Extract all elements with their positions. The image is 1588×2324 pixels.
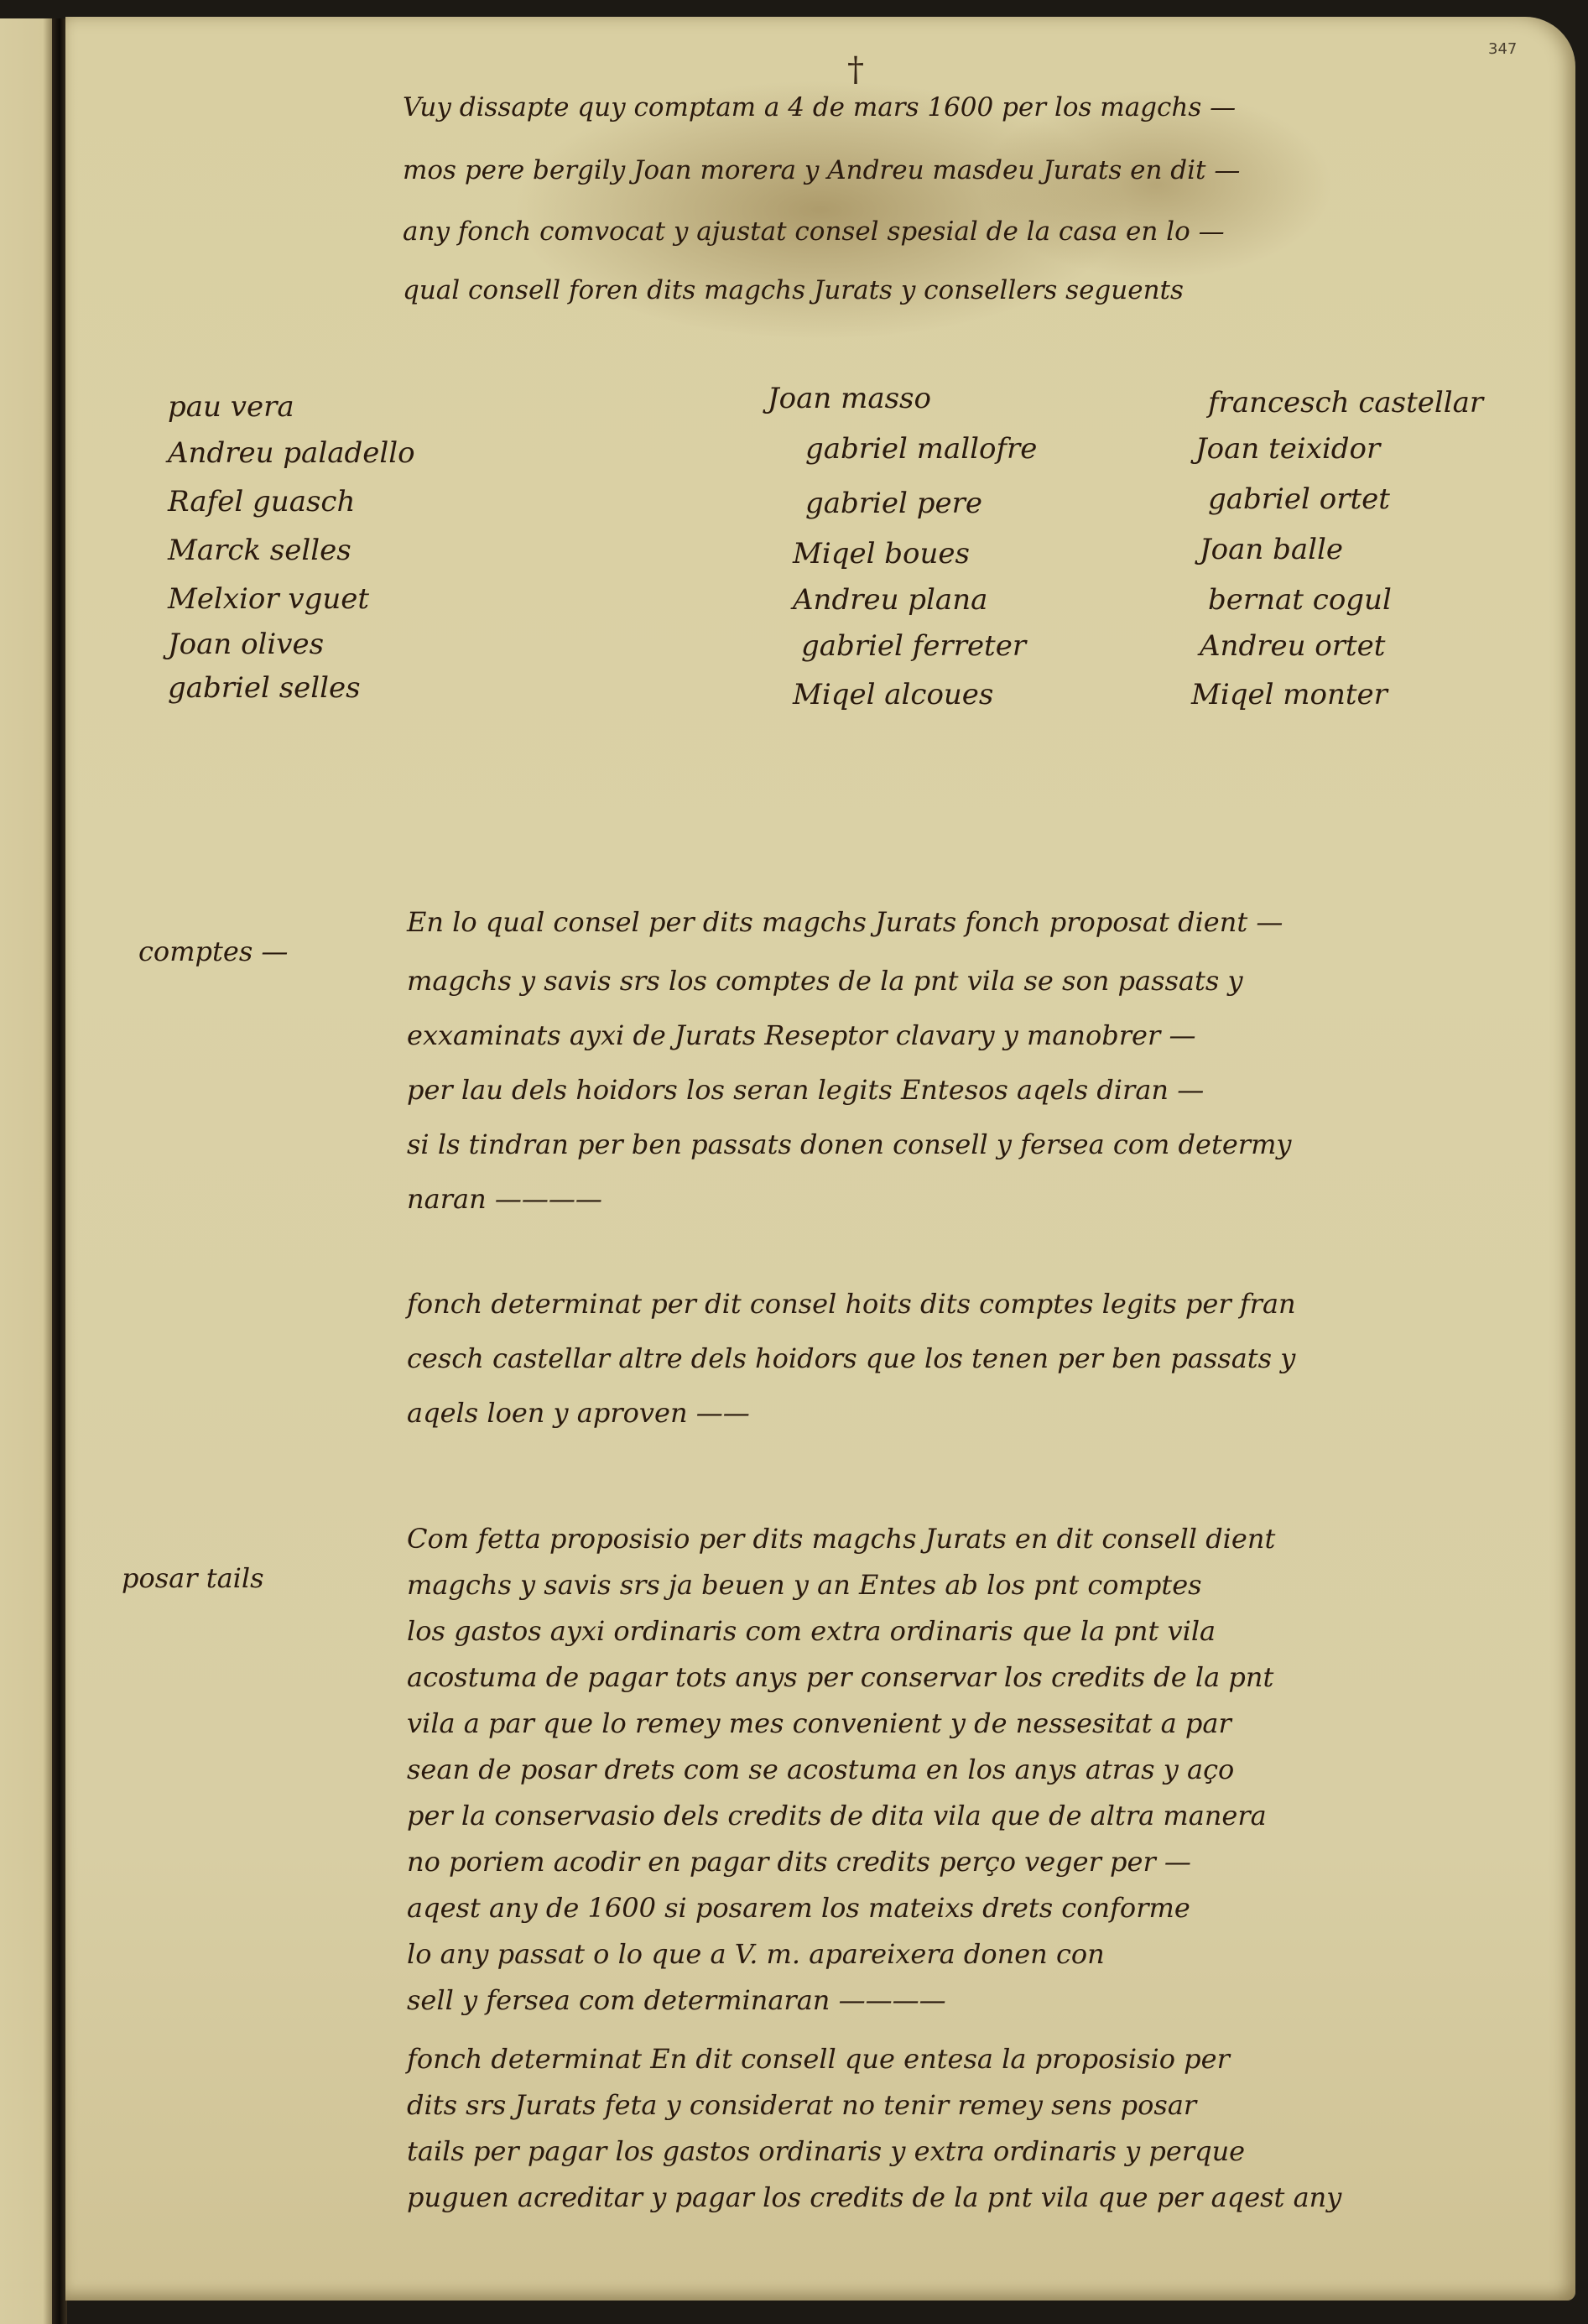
text-line: no poriem acodir en pagar dits credits p… [407, 1846, 1191, 1878]
attendee-name: Joan teixidor [1195, 432, 1380, 466]
text-line: lo any passat o lo que a V. m. apareixer… [407, 1938, 1105, 1970]
attendee-name: gabriel pere [805, 487, 982, 520]
attendee-name: Miqel alcoues [793, 678, 993, 711]
attendee-name: Miqel monter [1191, 678, 1388, 711]
header-line: Vuy dissapte quy comptam a 4 de mars 160… [403, 92, 1236, 122]
text-line: sean de posar drets com se acostuma en l… [407, 1753, 1234, 1785]
text-line: fonch determinat per dit consel hoits di… [407, 1288, 1296, 1320]
text-line: naran ———— [407, 1183, 602, 1215]
attendee-name: Marck selles [168, 534, 351, 567]
text-line: aqest any de 1600 si posarem los mateixs… [407, 1892, 1190, 1924]
attendee-name: Andreu ortet [1200, 629, 1385, 663]
text-line: sell y fersea com determinaran ———— [407, 1984, 946, 2016]
facing-page-edge [0, 18, 54, 2324]
attendee-name: Joan olives [168, 628, 324, 661]
attendee-name: Andreu plana [793, 583, 987, 617]
text-line: magchs y savis srs ja beuen y an Entes a… [407, 1569, 1202, 1601]
margin-note: comptes — [138, 935, 288, 967]
attendee-name: gabriel selles [168, 671, 361, 705]
attendee-name: gabriel ferreter [801, 629, 1026, 663]
attendee-name: pau vera [168, 390, 294, 424]
attendee-name: Andreu paladello [168, 436, 415, 470]
attendee-name: gabriel mallofre [805, 432, 1037, 466]
text-line: fonch determinat En dit consell que ente… [407, 2043, 1230, 2075]
text-line: tails per pagar los gastos ordinaris y e… [407, 2135, 1245, 2167]
text-line: per la conservasio dels credits de dita … [407, 1800, 1267, 1832]
attendee-name: bernat cogul [1208, 583, 1392, 617]
text-line: si ls tindran per ben passats donen cons… [407, 1128, 1291, 1160]
text-line: magchs y savis srs los comptes de la pnt… [407, 965, 1243, 997]
attendee-name: Rafel guasch [168, 485, 355, 518]
cross-mark-icon: † [847, 50, 864, 89]
header-line: qual consell foren dits magchs Jurats y … [403, 275, 1184, 305]
attendee-name: Joan balle [1200, 533, 1343, 566]
text-line: vila a par que lo remey mes convenient y… [407, 1707, 1231, 1739]
text-line: En lo qual consel per dits magchs Jurats… [407, 906, 1283, 938]
text-line: per lau dels hoidors los seran legits En… [407, 1074, 1204, 1106]
attendee-name: Joan masso [768, 382, 931, 415]
text-line: dits srs Jurats feta y considerat no ten… [407, 2089, 1196, 2121]
header-line: mos pere bergily Joan morera y Andreu ma… [403, 155, 1240, 185]
text-line: acostuma de pagar tots anys per conserva… [407, 1661, 1273, 1693]
text-line: exxaminats ayxi de Jurats Reseptor clava… [407, 1019, 1195, 1051]
text-line: puguen acreditar y pagar los credits de … [407, 2181, 1341, 2213]
text-line: los gastos ayxi ordinaris com extra ordi… [407, 1615, 1216, 1647]
text-line: Com fetta proposisio per dits magchs Jur… [407, 1523, 1275, 1555]
text-line: cesch castellar altre dels hoidors que l… [407, 1342, 1295, 1374]
attendee-name: Melxior vguet [168, 582, 369, 616]
text-line: aqels loen y aproven —— [407, 1397, 750, 1429]
margin-note: posar tails [122, 1562, 264, 1594]
attendee-name: gabriel ortet [1208, 482, 1390, 516]
header-line: any fonch comvocat y ajustat consel spes… [403, 216, 1225, 247]
folio-number: 347 [1488, 40, 1517, 58]
attendee-name: Miqel boues [793, 537, 970, 571]
attendee-name: francesch castellar [1208, 386, 1483, 419]
